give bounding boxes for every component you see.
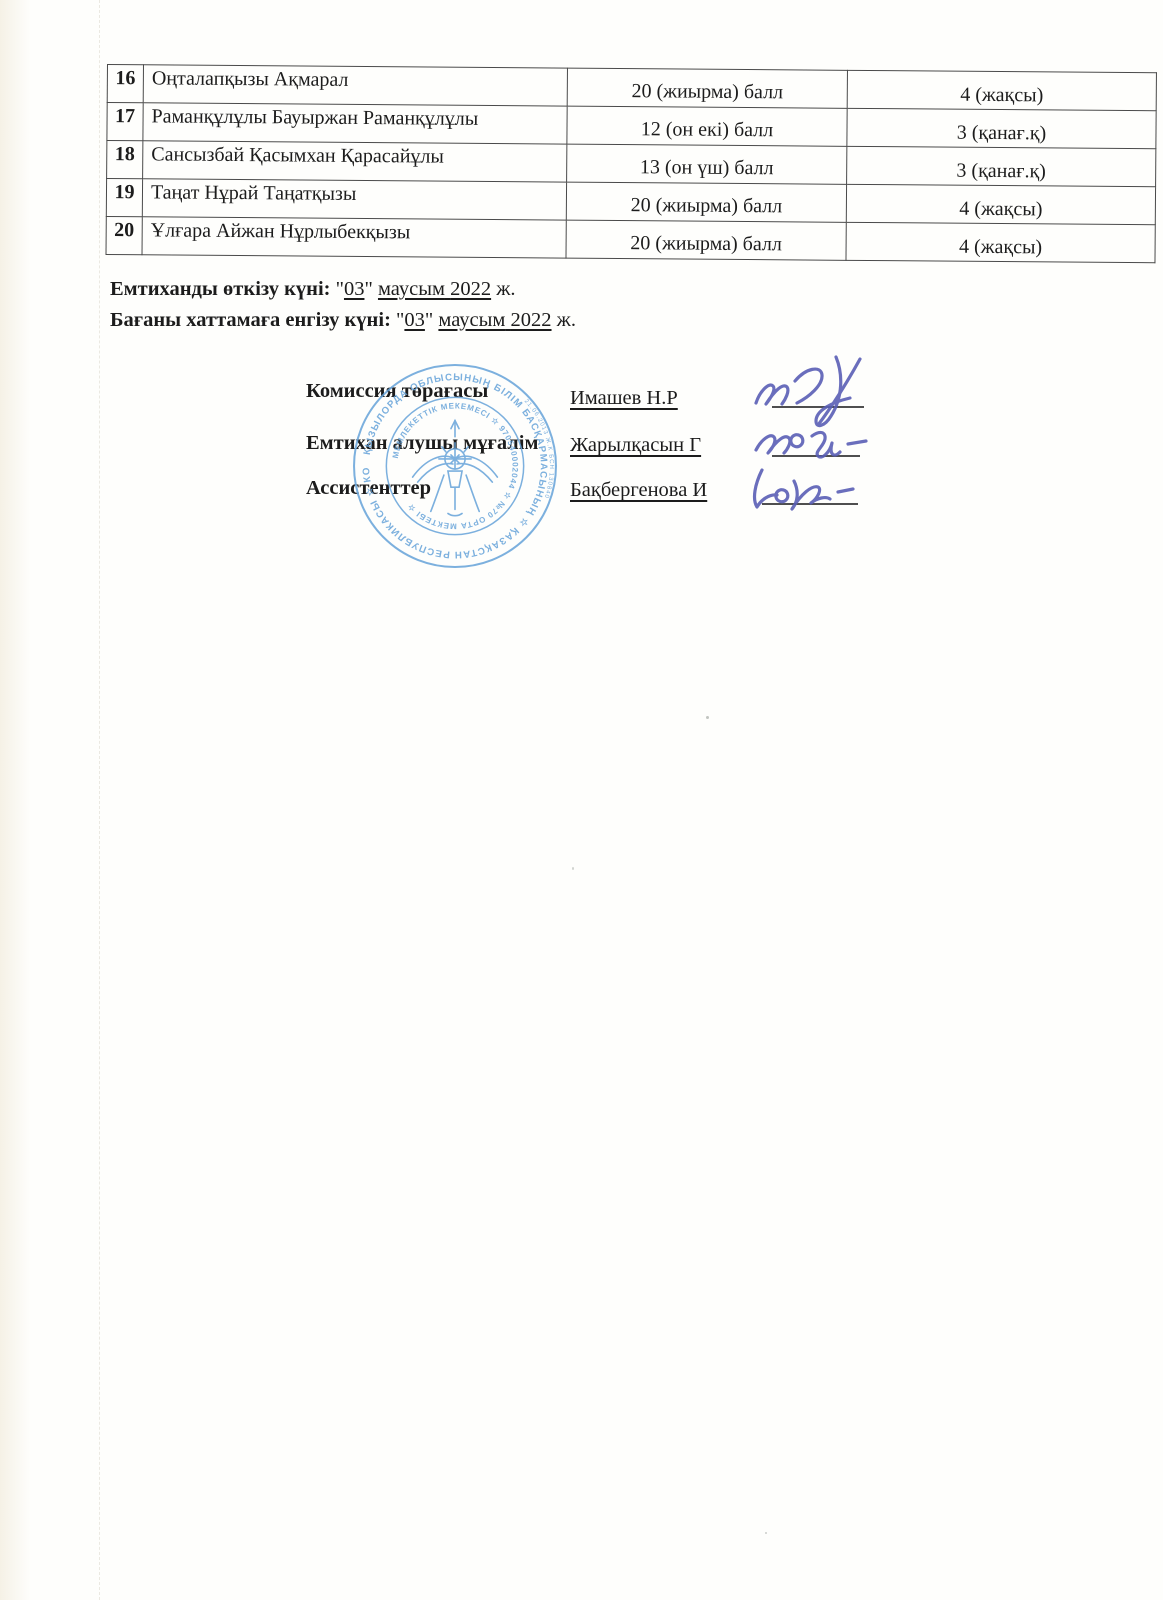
protocol-date-line: Бағаны хаттамаға енгізу күні: "03" маусы…: [110, 305, 576, 336]
scan-speck: [572, 867, 574, 870]
exam-date-label: Емтиханды өткізу күні:: [110, 278, 330, 300]
scan-speck: [765, 1532, 767, 1534]
grade-cell: 4 (жақсы): [846, 184, 1155, 224]
exam-dates-block: Емтиханды өткізу күні: "03" маусым 2022 …: [110, 274, 576, 336]
exam-date-month: маусым: [378, 278, 445, 300]
table-row: 20 Ұлғара Айжан Нұрлыбекқызы 20 (жиырма)…: [106, 216, 1155, 262]
grade-cell: 4 (жақсы): [847, 70, 1156, 110]
row-number-cell: 19: [106, 179, 142, 217]
row-number-cell: 20: [106, 216, 142, 254]
row-number-cell: 16: [107, 65, 143, 103]
handwritten-signatures: [738, 348, 886, 520]
signer-name-2: Жарылқасын Г: [570, 434, 701, 457]
exam-date-suffix: ж.: [496, 278, 515, 300]
signature-handwriting-1: [756, 357, 860, 426]
exam-date-year: 2022: [450, 278, 491, 300]
student-name-cell: Раманқұлұлы Бауыржан Раманқұлұлы: [143, 103, 567, 144]
results-table-wrapper: 16 Оңталапқызы Ақмарал 20 (жиырма) балл …: [105, 64, 1137, 263]
scan-speck: [706, 716, 709, 719]
grade-cell: 3 (қанағ.қ): [847, 108, 1156, 148]
protocol-date-year: 2022: [511, 309, 552, 331]
score-cell: 20 (жиырма) балл: [566, 182, 846, 222]
score-cell: 13 (он үш) балл: [567, 144, 847, 184]
row-number-cell: 17: [107, 103, 143, 141]
score-cell: 20 (жиырма) балл: [566, 220, 846, 260]
signature-handwriting-2: [756, 432, 866, 457]
protocol-date-suffix: ж.: [557, 309, 576, 331]
signer-name-3: Бақбергенова И: [570, 479, 707, 502]
score-cell: 20 (жиырма) балл: [567, 68, 847, 108]
state-emblem-icon: [413, 421, 498, 516]
official-stamp-seal: 21.06.2013 Ж.К БСН 130840 ҚЫЗЫЛОРДА ОБЛЫ…: [351, 362, 559, 570]
exam-date-day: 03: [344, 278, 365, 300]
protocol-date-month: маусым: [438, 309, 505, 331]
signer-name-1: Имашев Н.Р: [570, 387, 678, 410]
row-number-cell: 18: [107, 141, 143, 179]
exam-date-line: Емтиханды өткізу күні: "03" маусым 2022 …: [110, 274, 576, 305]
protocol-date-label: Бағаны хаттамаға енгізу күні:: [110, 309, 391, 331]
signature-handwriting-3: [755, 470, 853, 509]
student-name-cell: Оңталапқызы Ақмарал: [143, 65, 567, 106]
student-name-cell: Ұлғара Айжан Нұрлыбекқызы: [142, 217, 566, 258]
scan-left-edge-shadow: [0, 0, 36, 1600]
scan-fold-line: [99, 0, 100, 1600]
exam-results-table: 16 Оңталапқызы Ақмарал 20 (жиырма) балл …: [105, 64, 1156, 263]
student-name-cell: Сансызбай Қасымхан Қарасайұлы: [143, 141, 567, 182]
grade-cell: 3 (қанағ.қ): [847, 146, 1156, 186]
score-cell: 12 (он екі) балл: [567, 106, 847, 146]
grade-cell: 4 (жақсы): [846, 222, 1155, 262]
protocol-date-day: 03: [404, 309, 425, 331]
scanned-document-page: { "table": { "rows": [ {"num":"16","name…: [0, 0, 1163, 1600]
student-name-cell: Таңат Нұрай Таңатқызы: [142, 179, 566, 220]
